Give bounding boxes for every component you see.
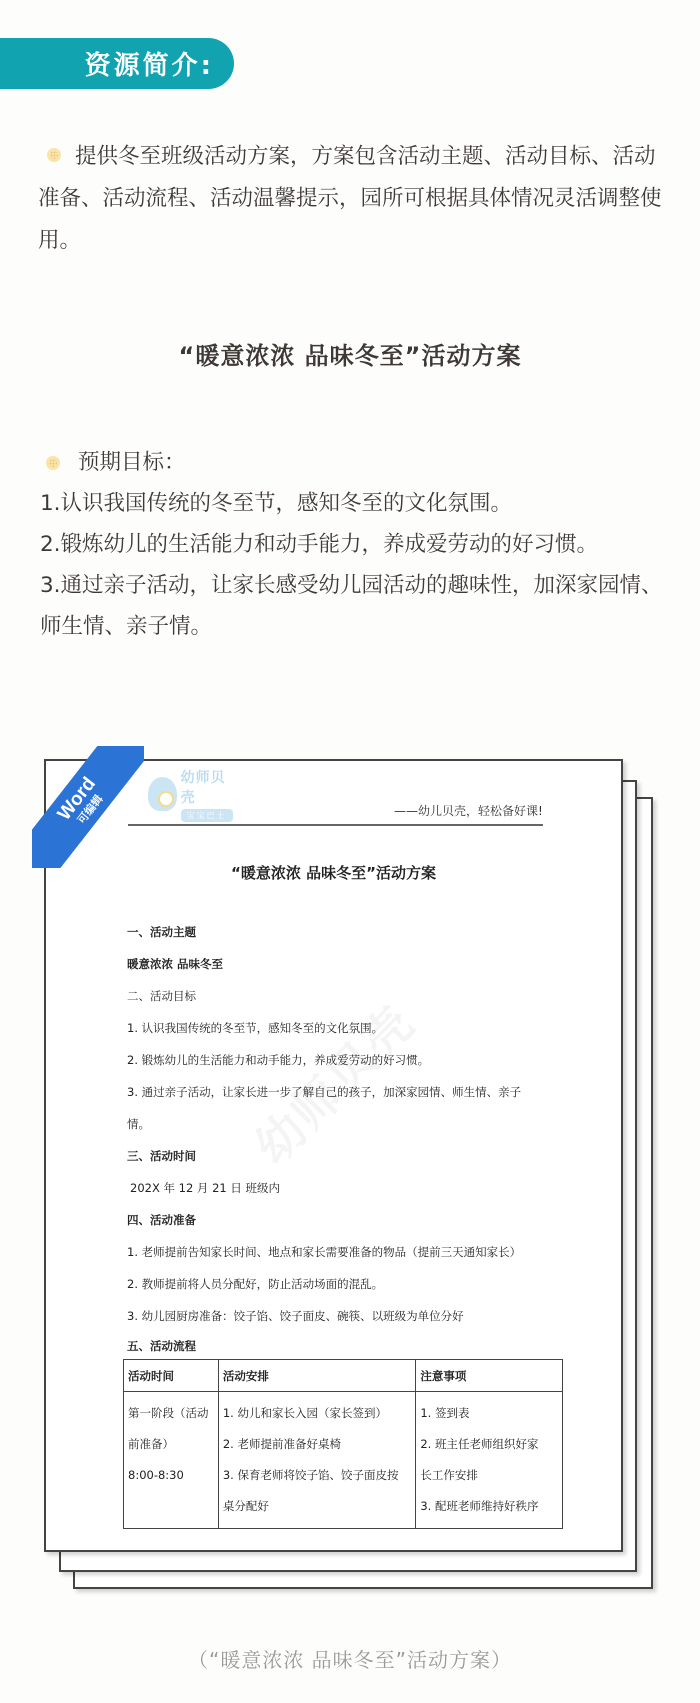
cell-line: 3. 配班老师维持好秩序	[420, 1491, 558, 1522]
table-cell-arrangement: 1. 幼儿和家长入园（家长签到） 2. 老师提前准备好桌椅 3. 保育老师将饺子…	[218, 1392, 416, 1529]
cell-line: 2. 班主任老师组织好家	[420, 1429, 558, 1460]
doc-header-divider	[128, 824, 543, 826]
plan-title: “暖意浓浓 品味冬至”活动方案	[175, 336, 526, 371]
doc-line: 3. 幼儿园厨房准备：饺子馅、饺子面皮、碗筷、以班级为单位分好	[127, 1308, 464, 1324]
intro-text: 提供冬至班级活动方案，方案包含活动主题、活动目标、活动准备、活动流程、活动温馨提…	[38, 144, 662, 253]
table-header-notes: 注意事项	[416, 1360, 563, 1392]
word-editable-ribbon: Word 可编辑	[32, 746, 144, 868]
shell-hand-logo-icon	[148, 777, 177, 811]
cell-line: 3. 保育老师将饺子馅、饺子面皮按	[223, 1460, 412, 1491]
table-header-row: 活动时间 活动安排 注意事项	[124, 1360, 563, 1392]
activity-flow-table: 活动时间 活动安排 注意事项 第一阶段（活动 前准备） 8:00-8:30 1.…	[123, 1359, 563, 1529]
table-cell-time: 第一阶段（活动 前准备） 8:00-8:30	[124, 1392, 219, 1529]
goals-heading: 预期目标：	[78, 442, 186, 483]
doc-line: 五、活动流程	[127, 1338, 196, 1354]
doc-line: 暖意浓浓 品味冬至	[127, 956, 223, 972]
doc-line: 二、活动目标	[127, 988, 196, 1004]
cell-line: 前准备）	[128, 1429, 214, 1460]
section-header-pill: 资源简介:	[0, 38, 234, 89]
cell-line: 长工作安排	[420, 1460, 558, 1491]
doc-line: 202X 年 12 月 21 日 班级内	[130, 1180, 280, 1196]
brand-logo: 幼师贝壳 宝宝巴士	[148, 772, 238, 816]
goal-item: 2.锻炼幼儿的生活能力和动手能力，养成爱劳动的好习惯。	[40, 524, 670, 565]
dot-bullet-icon	[47, 148, 61, 162]
goals-section: 预期目标： 1.认识我国传统的冬至节，感知冬至的文化氛围。 2.锻炼幼儿的生活能…	[40, 442, 670, 647]
section-header-label: 资源简介:	[85, 45, 214, 82]
table-cell-notes: 1. 签到表 2. 班主任老师组织好家 长工作安排 3. 配班老师维持好秩序	[416, 1392, 563, 1529]
goal-item: 1.认识我国传统的冬至节，感知冬至的文化氛围。	[40, 483, 670, 524]
table-header-time: 活动时间	[124, 1360, 219, 1392]
plan-title-text: “暖意浓浓 品味冬至”活动方案	[179, 342, 522, 370]
goal-item: 3.通过亲子活动，让家长感受幼儿园活动的趣味性，加深家园情、师生情、亲子情。	[40, 565, 670, 647]
doc-line: 1. 老师提前告知家长时间、地点和家长需要准备的物品（提前三天通知家长）	[127, 1244, 521, 1260]
doc-line: 三、活动时间	[127, 1148, 196, 1164]
doc-line: 四、活动准备	[127, 1212, 196, 1228]
doc-line: 一、活动主题	[127, 924, 196, 940]
cell-line: 1. 签到表	[420, 1398, 558, 1429]
cell-line: 第一阶段（活动	[128, 1398, 214, 1429]
preview-caption: （“暖意浓浓 品味冬至”活动方案）	[0, 1644, 700, 1673]
intro-paragraph: 提供冬至班级活动方案，方案包含活动主题、活动目标、活动准备、活动流程、活动温馨提…	[38, 136, 668, 262]
cell-line: 1. 幼儿和家长入园（家长签到）	[223, 1398, 412, 1429]
cell-line: 8:00-8:30	[128, 1460, 214, 1491]
brand-logo-text: 幼师贝壳 宝宝巴士	[181, 767, 238, 822]
plan-title-wrap: “暖意浓浓 品味冬至”活动方案	[0, 336, 700, 371]
doc-line: 2. 锻炼幼儿的生活能力和动手能力，养成爱劳动的好习惯。	[127, 1052, 429, 1068]
doc-line: 情。	[127, 1116, 150, 1132]
cell-line: 2. 老师提前准备好桌椅	[223, 1429, 412, 1460]
brand-sub: 宝宝巴士	[181, 809, 233, 822]
doc-line: 3. 通过亲子活动，让家长进一步了解自己的孩子，加深家园情、师生情、亲子	[127, 1084, 521, 1100]
goals-heading-row: 预期目标：	[40, 442, 670, 483]
brand-name: 幼师贝壳	[181, 767, 238, 807]
cell-line: 桌分配好	[223, 1491, 412, 1522]
dot-bullet-icon	[46, 456, 60, 470]
table-row: 第一阶段（活动 前准备） 8:00-8:30 1. 幼儿和家长入园（家长签到） …	[124, 1392, 563, 1529]
doc-slogan: ——幼儿贝壳，轻松备好课!	[394, 802, 543, 819]
doc-line: 2. 教师提前将人员分配好，防止活动场面的混乱。	[127, 1276, 383, 1292]
ribbon-band: Word 可编辑	[32, 746, 144, 868]
doc-title: “暖意浓浓 品味冬至”活动方案	[44, 862, 623, 883]
doc-line: 1. 认识我国传统的冬至节，感知冬至的文化氛围。	[127, 1020, 383, 1036]
table-header-arrangement: 活动安排	[218, 1360, 416, 1392]
